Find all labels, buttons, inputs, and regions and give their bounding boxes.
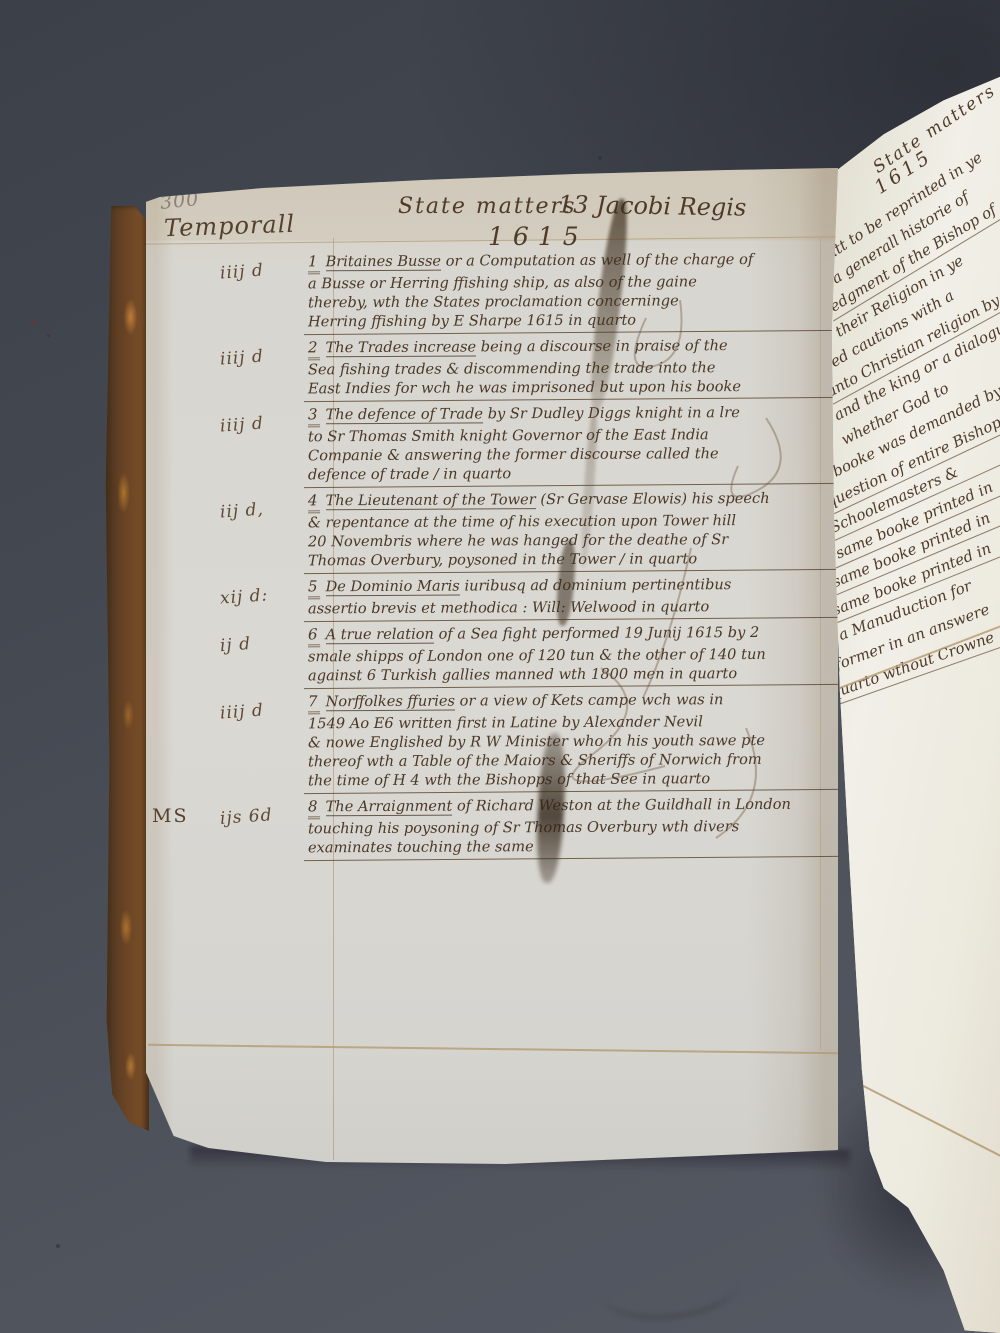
entry-line: 6A true relation of a Sea fight performe… xyxy=(308,623,816,648)
catalog-entry: xij d: 5De Dominio Maris iuribusq ad dom… xyxy=(166,575,826,623)
entry-number: 3 xyxy=(308,405,320,427)
price-mark: ij d xyxy=(219,634,251,656)
entry-line: 2The Trades increase being a discourse i… xyxy=(308,336,816,361)
price-mark: iiij d xyxy=(219,700,264,723)
entry-line-rest: of a Sea fight performed 19 Junij 1615 b… xyxy=(434,624,759,643)
ms-note: MS xyxy=(152,805,188,827)
entry-margin: ij d xyxy=(166,623,308,633)
price-mark: iiij d xyxy=(219,413,264,436)
entry-body: 6A true relation of a Sea fight performe… xyxy=(308,623,816,687)
price-mark: xij d: xyxy=(219,585,269,608)
catalog-entry: iiij d 2The Trades increase being a disc… xyxy=(166,336,826,403)
entry-margin: iij d, xyxy=(166,489,308,499)
entry-title: The Trades increase xyxy=(325,338,476,357)
catalog-entry: iiij d 1Britaines Busse or a Computation… xyxy=(166,250,826,336)
entry-number: 6 xyxy=(308,625,320,647)
price-mark: iiij d xyxy=(219,260,264,283)
entry-line: defence of trade / in quarto xyxy=(308,463,816,485)
entry-line-rest: or a view of Kets campe wch was in xyxy=(455,691,724,709)
entry-title: The defence of Trade xyxy=(325,405,483,424)
entry-line: 4The Lieutenant of the Tower (Sr Gervase… xyxy=(308,489,816,514)
entry-number: 7 xyxy=(308,692,320,714)
entry-line-rest: or a Computation as well of the charge o… xyxy=(441,251,753,270)
dust-speck xyxy=(31,320,36,325)
entry-title: The Arraignment xyxy=(325,798,452,817)
entry-title: A true relation xyxy=(325,626,433,645)
entry-line: 3The defence of Trade by Sr Dudley Diggs… xyxy=(308,403,816,428)
entry-line: 1Britaines Busse or a Computation as wel… xyxy=(308,250,816,275)
entry-title: Norffolkes ffuries xyxy=(325,693,455,712)
entry-title: Britaines Busse xyxy=(325,253,441,272)
catalog-entry: iij d, 4The Lieutenant of the Tower (Sr … xyxy=(166,489,826,575)
spine-leather xyxy=(103,206,149,1131)
dust-speck xyxy=(598,156,602,160)
entry-margin: xij d: xyxy=(166,575,308,585)
left-page: 300 Temporall State matters 13 Jacobi Re… xyxy=(146,168,838,1166)
dust-speck xyxy=(47,334,50,337)
entry-line: 7Norffolkes ffuries or a view of Kets ca… xyxy=(308,690,816,715)
entry-margin: iiij d xyxy=(166,250,308,260)
entry-number: 2 xyxy=(308,338,320,360)
entry-margin: iiij d xyxy=(166,403,308,413)
entry-line-rest: by Sr Dudley Diggs knight in a lre xyxy=(483,404,740,422)
price-mark: iiij d xyxy=(219,346,264,369)
entry-title: De Dominio Maris xyxy=(325,578,459,597)
entry-line: Herring ffishing by E Sharpe 1615 in qua… xyxy=(308,310,816,332)
entry-line: East Indies for wch he was imprisoned bu… xyxy=(308,377,816,399)
page-header-year: 1615 xyxy=(488,222,588,251)
catalog-entry: iiij d 7Norffolkes ffuries or a view of … xyxy=(166,690,826,795)
entry-title: The Lieutenant of the Tower xyxy=(325,491,535,510)
entries-list: iiij d 1Britaines Busse or a Computation… xyxy=(166,250,826,862)
entry-line-rest: (Sr Gervase Elowis) his speech xyxy=(536,490,770,508)
entry-line-rest: of Richard Weston at the Guildhall in Lo… xyxy=(452,796,791,815)
entry-margin: iiij d xyxy=(166,336,308,346)
entry-number: 4 xyxy=(308,491,320,513)
entry-body: 1Britaines Busse or a Computation as wel… xyxy=(308,250,816,333)
entry-line-rest: iuribusq ad dominium pertinentibus xyxy=(460,576,732,594)
page-header-title: State matters xyxy=(398,194,576,219)
entry-margin: iiij d xyxy=(166,690,308,700)
entry-number: 1 xyxy=(308,252,320,274)
bottom-margin-rule xyxy=(148,1044,838,1054)
catalog-entry: ij d 6A true relation of a Sea fight per… xyxy=(166,623,826,690)
entry-line: examinates touching the same xyxy=(308,836,816,858)
entry-number: 5 xyxy=(308,577,320,599)
section-heading: Temporall xyxy=(164,210,296,243)
price-mark: ijs 6d xyxy=(219,805,273,829)
page-header-regnal: 13 Jacobi Regis xyxy=(558,190,747,221)
entry-margin: MS ijs 6d xyxy=(166,795,308,805)
catalog-entry: MS ijs 6d 8The Arraignment of Richard We… xyxy=(166,795,826,862)
entry-body: 2The Trades increase being a discourse i… xyxy=(308,336,816,400)
price-mark: iij d, xyxy=(219,499,264,522)
entry-line: against 6 Turkish gallies manned wth 180… xyxy=(308,664,816,686)
catalog-entry: iiij d 3The defence of Trade by Sr Dudle… xyxy=(166,403,826,489)
dust-speck xyxy=(56,1244,60,1248)
entry-number: 8 xyxy=(308,797,320,819)
entry-body: 3The defence of Trade by Sr Dudley Diggs… xyxy=(308,403,816,486)
